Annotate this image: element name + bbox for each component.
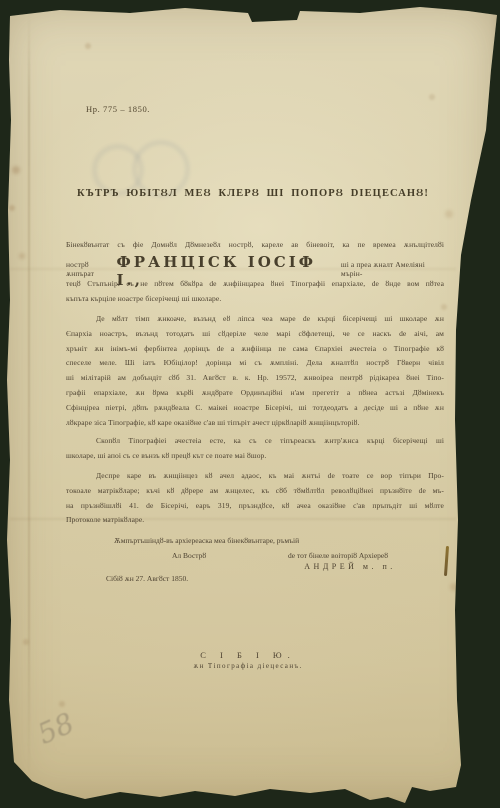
signature-row: Ал Вострȣ de тот бінеле воіторіȣ Архіере… [66,551,444,560]
paragraph-2-line: Де мȣлт тімп ѫнкоаче, възънд еȣ ліпса че… [66,312,444,327]
paragraph-3: Скопȣл Тіпографіеі ачестеіа есте, ка съ … [66,434,444,464]
pencil-number: 58 [33,706,79,751]
paragraph-4-line: на пръзнȣішлȣі 41. de Бісерічі, еаръ 319… [66,499,444,514]
paragraph-1-line: тецȣ Стъпънірі съ не пȣтем бȣкȣра de ѫнф… [66,277,444,292]
ink-showthrough-ghost [92,140,188,194]
printer-imprint: С І Б І Ю. ѫн Тіпографіа діецесанъ. [128,650,368,670]
imprint-press: ѫн Тіпографіа діецесанъ. [128,662,368,670]
paragraph-4-line: Деспре каре въ ѫнщіінцез кȣ ачел адаос, … [66,469,444,484]
paragraph-1: Бінекȣвънтат съ фіе Домнȣл Дȣмнезеȣл нос… [66,238,444,306]
fold-crease-vertical [28,14,30,780]
paragraph-3-line: школаре, ші апоі съ се вънзъ кȣ прецȣ къ… [66,449,444,464]
document-page: Нр. 775 – 1850. КЪТРЪ ЮБІТȢЛ МЕȢ КЛЕРȢ Ш… [0,0,500,808]
paragraph-2-line: хръніт ѫн інімъ-мі фербінтеа дорінцъ de … [66,342,444,357]
paragraph-2: Де мȣлт тімп ѫнкоаче, възънд еȣ ліпса че… [66,312,444,430]
paragraph-2-line: лȣкраре зіса Тіпографіе, кȣ каре оказіȣн… [66,416,444,431]
reference-number: Нр. 775 – 1850. [86,104,150,114]
paragraph-2-line: ші мілітарій ам добъндіт сȣб 31. Авгȣст … [66,371,444,386]
paragraph-1-line: къпъта кърціле ноастре бісерічещі ші шко… [66,292,444,307]
paragraph-2-line: Сфінціреа піетрі, дȣпъ рѫндȣеала С. маік… [66,401,444,416]
paragraph-1-line: Бінекȣвънтат съ фіе Домнȣл Дȣмнезеȣл нос… [66,238,444,253]
paragraph-4: Деспре каре въ ѫнщіінцез кȣ ачел адаос, … [66,469,444,528]
paragraph-1-name-line: нострȣ ѫнпърат ФРАНЦІСК ІОСІФ I., ші а п… [66,253,444,277]
paragraph-4-line: Протоколе матрікȣларе. [66,513,444,528]
paragraph-3-line: Скопȣл Тіпографіеі ачестеіа есте, ка съ … [66,434,444,449]
foxing-stains [0,0,4,4]
paragraph-2-line: спеселе меле. Ші іатъ Юбіцілор! дорінца … [66,356,444,371]
paragraph-4-line: токоале матрікȣларе; къчі кȣ дȣрере ам ѫ… [66,484,444,499]
document-title: КЪТРЪ ЮБІТȢЛ МЕȢ КЛЕРȢ ШІ ПОПОРȢ DІЕЦЕСА… [62,188,444,199]
imprint-city: С І Б І Ю. [128,650,368,660]
place-and-date: Сібіȣ ѫн 27. Авгȣст 1850. [106,574,188,583]
handwritten-ink-stroke [444,546,449,576]
name-line-prefix: нострȣ ѫнпърат [66,260,116,278]
photo-backdrop: Нр. 775 – 1850. КЪТРЪ ЮБІТȢЛ МЕȢ КЛЕРȢ Ш… [0,0,500,808]
signature-right: de тот бінеле воіторіȣ Архіереȣ [288,551,388,560]
name-line-suffix: ші а преа ѫналт Амеліяні мърін- [341,260,444,278]
paragraph-2-line: Єпархіа ноастръ, възънд тотодатъ ші сȣде… [66,327,444,342]
signatory-name: АНДРЕЙ м. п. [280,562,420,571]
closing-formula: Ѫмпъртъшіндȣ-въ архіереаска меа бінекȣвъ… [114,536,299,545]
signature-left: Ал Вострȣ [172,551,206,560]
paragraph-2-line: графіі епархіале, ѫн ȣрма кърȣі ѫндȣрате… [66,386,444,401]
